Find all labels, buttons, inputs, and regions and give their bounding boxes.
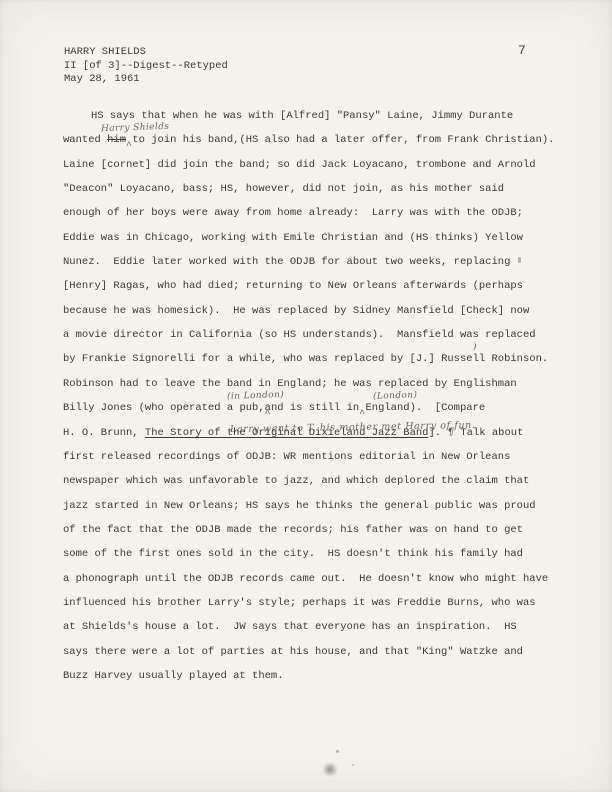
text-line: of the fact that the ODJB made the recor… [63, 518, 563, 542]
text-segment: at Shields's house a lot. JW says that e… [63, 621, 517, 633]
text-line: a phonograph until the ODJB records came… [63, 567, 563, 591]
document-page: HARRY SHIELDSII [of 3]--Digest--RetypedM… [0, 0, 612, 792]
text-line: some of the first ones sold in the city.… [63, 542, 563, 566]
text-segment: because he was homesick). He was replace… [63, 305, 529, 317]
text-segment: ]. [428, 427, 447, 439]
text-segment: enough of her boys were away from home a… [63, 207, 523, 219]
text-segment: pub,(in London)^ [239, 402, 264, 414]
text-segment: Robinson. [485, 353, 548, 365]
handwritten-annotation: (London) [373, 390, 418, 402]
handwritten-annotation: (in London) [227, 390, 284, 402]
text-segment: [Henry] Ragas, who had died; returning t… [63, 280, 523, 292]
text-line: Eddie was in Chicago, working with Emile… [63, 226, 563, 250]
ink-smudge [317, 757, 342, 782]
text-segment: jazz started in New Orleans; HS says he … [63, 500, 536, 512]
document-header: HARRY SHIELDSII [of 3]--Digest--RetypedM… [64, 46, 228, 87]
text-line: a movie director in California (so HS un… [63, 323, 563, 347]
text-line: says there were a lot of parties at his … [63, 640, 563, 664]
text-segment: some of the first ones sold in the city.… [63, 548, 523, 560]
text-segment: to join his band,(HS also had a later of… [126, 134, 554, 146]
header-title: HARRY SHIELDS [64, 46, 146, 58]
text-segment: Billy Jones (who operated a [63, 402, 239, 414]
text-line: Larry went to T. his mother met Harry of… [63, 420, 563, 444]
text-line: at Shields's house a lot. JW says that e… [63, 615, 563, 639]
page-number: 7 [518, 43, 526, 58]
text-line: enough of her boys were away from home a… [63, 201, 563, 225]
text-line: newspaper which was unfavorable to jazz,… [63, 469, 563, 493]
text-segment: a movie director in California (so HS un… [63, 329, 536, 341]
text-segment: Eddie was in Chicago, working with Emile… [63, 232, 523, 244]
text-line: influenced his brother Larry's style; pe… [63, 591, 563, 615]
text-line: jazz started in New Orleans; HS says he … [63, 494, 563, 518]
paper-speck [336, 750, 339, 753]
text-segment: newspaper which was unfavorable to jazz,… [63, 475, 529, 487]
text-segment: The Story of the Original Dixieland Jazz… [145, 427, 429, 439]
text-line: Nunez. Eddie later worked with the ODJB … [63, 250, 563, 274]
text-segment: and is still in^ [265, 402, 360, 414]
text-line: Billy Jones (who operated a pub,(in Lond… [63, 396, 563, 420]
paper-speck [518, 257, 521, 263]
text-line: first released recordings of ODJB: WR me… [63, 445, 563, 469]
text-line: "Deacon" Loyacano, bass; HS, however, di… [63, 177, 563, 201]
text-segment: by Frankie Signorelli for a while, who w… [63, 353, 441, 365]
text-segment: Talk about [454, 427, 523, 439]
text-segment: HS says that when he was with [Alfred] "… [91, 110, 513, 122]
text-line: because he was homesick). He was replace… [63, 299, 563, 323]
paper-speck [352, 764, 354, 766]
text-segment: Laine [cornet] did join the band; so did… [63, 159, 536, 171]
text-line: wanted himHarry Shields^ to join his ban… [63, 128, 563, 152]
document-body: HS says that when he was with [Alfred] "… [63, 104, 563, 688]
text-line: Buzz Harvey usually played at them. [63, 664, 563, 688]
text-line: Laine [cornet] did join the band; so did… [63, 153, 563, 177]
text-segment: Russell) [441, 353, 485, 365]
text-segment: himHarry Shields^ [107, 134, 126, 146]
handwritten-annotation: ) [473, 342, 477, 352]
text-segment: says there were a lot of parties at his … [63, 646, 523, 658]
text-line: by Frankie Signorelli for a while, who w… [63, 347, 563, 371]
header-date: May 28, 1961 [64, 73, 140, 85]
text-segment: Nunez. Eddie later worked with the ODJB … [63, 256, 510, 268]
text-segment: first released recordings of ODJB: WR me… [63, 451, 510, 463]
text-segment: H. O. Brunn, [63, 427, 145, 439]
text-segment: a phonograph until the ODJB records came… [63, 573, 548, 585]
handwritten-annotation: Harry Shields [101, 122, 170, 134]
header-subtitle: II [of 3]--Digest--Retyped [64, 60, 228, 72]
text-segment: "Deacon" Loyacano, bass; HS, however, di… [63, 183, 504, 195]
text-line: [Henry] Ragas, who had died; returning t… [63, 274, 563, 298]
text-segment: of the fact that the ODJB made the recor… [63, 524, 523, 536]
text-line: Robinson had to leave the band in Englan… [63, 372, 563, 396]
text-segment: Buzz Harvey usually played at them. [63, 670, 284, 682]
text-segment: Robinson had to leave the band in Englan… [63, 378, 517, 390]
text-segment: England). [Compare(London) [359, 402, 485, 414]
text-segment: wanted [63, 134, 107, 146]
text-segment: influenced his brother Larry's style; pe… [63, 597, 536, 609]
